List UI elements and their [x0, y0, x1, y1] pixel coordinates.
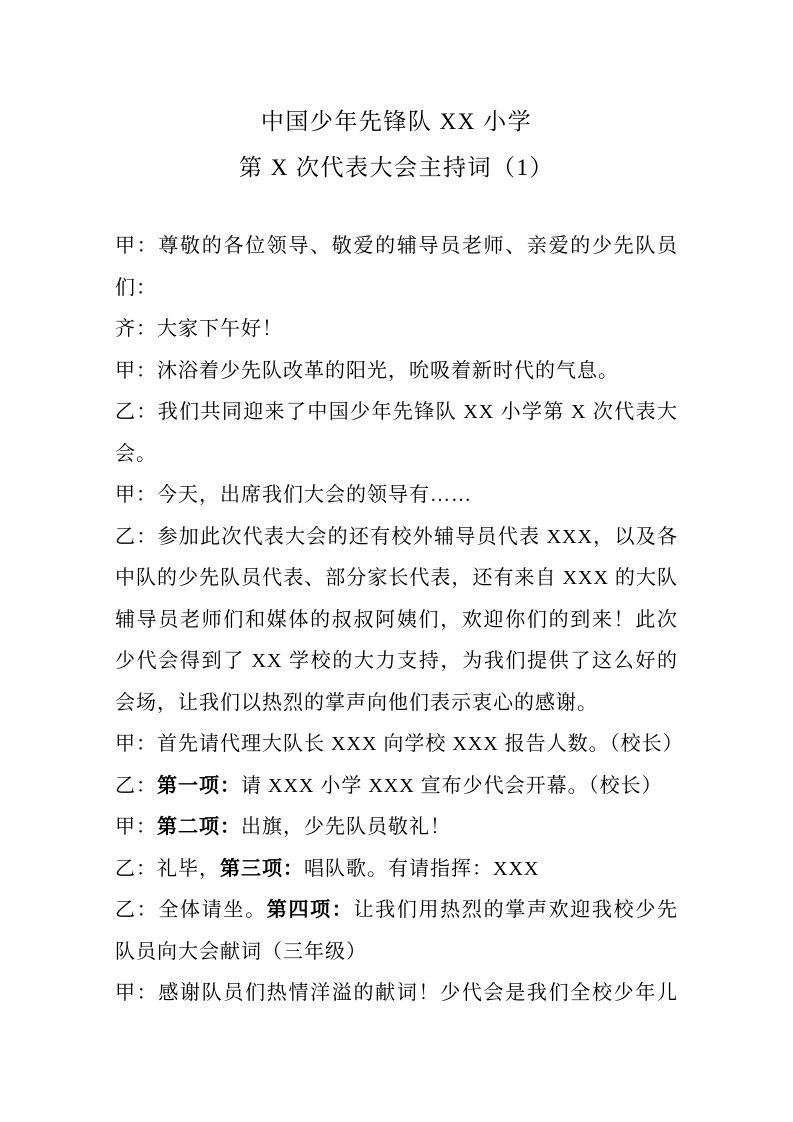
text-segment: 让我们用热烈的掌声欢迎我校少先 [354, 899, 679, 921]
text-segment: 甲：首先请代理大队长 XXX 向学校 XXX 报告人数。（校长） [115, 733, 684, 755]
document-body: 甲：尊敬的各位领导、敬爱的辅导员老师、亲爱的少先队员 们： 齐：大家下午好！ 甲… [115, 226, 678, 1015]
text-segment: 唱队歌。有请指挥：XXX [304, 858, 539, 880]
title-line-2: 第 X 次代表大会主持词（1） [115, 145, 678, 191]
text-segment: 乙：礼毕， [115, 858, 220, 880]
text-segment: 乙：参加此次代表大会的还有校外辅导员代表 XXX，以及各 [115, 526, 678, 548]
text-line: 甲：首先请代理大队长 XXX 向学校 XXX 报告人数。（校长） [115, 724, 678, 766]
document-page: 中国少年先锋队 XX 小学 第 X 次代表大会主持词（1） 甲：尊敬的各位领导、… [0, 0, 793, 1122]
text-segment: 们： [115, 277, 157, 299]
text-segment: 齐：大家下午好！ [115, 318, 283, 340]
text-segment: 乙：我们共同迎来了中国少年先锋队 XX 小学第 X 次代表大 [115, 401, 678, 423]
text-segment: 队员向大会献词（三年级） [115, 941, 367, 963]
text-segment: 辅导员老师们和媒体的叔叔阿姨们，欢迎你们的到来！此次 [115, 609, 678, 631]
text-segment: 中队的少先队员代表、部分家长代表，还有来自 XXX 的大队 [115, 567, 678, 589]
text-line: 会场，让我们以热烈的掌声向他们表示衷心的感谢。 [115, 683, 678, 725]
text-segment: 甲：尊敬的各位领导、敬爱的辅导员老师、亲爱的少先队员 [115, 235, 678, 257]
text-line: 队员向大会献词（三年级） [115, 932, 678, 974]
text-line: 甲：感谢队员们热情洋溢的献词！少代会是我们全校少年儿 [115, 973, 678, 1015]
text-segment: 会。 [115, 443, 157, 465]
text-line: 们： [115, 268, 678, 310]
text-line: 甲：第二项：出旗，少先队员敬礼！ [115, 807, 678, 849]
text-segment: 甲：沐浴着少先队改革的阳光，吮吸着新时代的气息。 [115, 360, 619, 382]
text-segment: 甲：今天，出席我们大会的领导有…… [115, 484, 472, 506]
text-line: 乙：第一项：请 XXX 小学 XXX 宣布少代会开幕。（校长） [115, 766, 678, 808]
text-line: 甲：沐浴着少先队改革的阳光，吮吸着新时代的气息。 [115, 351, 678, 393]
text-line: 中队的少先队员代表、部分家长代表，还有来自 XXX 的大队 [115, 558, 678, 600]
text-line: 甲：尊敬的各位领导、敬爱的辅导员老师、亲爱的少先队员 [115, 226, 678, 268]
bold-text-segment: 第二项： [157, 816, 241, 838]
bold-text-segment: 第一项： [157, 775, 241, 797]
text-line: 甲：今天，出席我们大会的领导有…… [115, 475, 678, 517]
document-content: 中国少年先锋队 XX 小学 第 X 次代表大会主持词（1） 甲：尊敬的各位领导、… [115, 0, 678, 1015]
text-line: 乙：我们共同迎来了中国少年先锋队 XX 小学第 X 次代表大 [115, 392, 678, 434]
text-line: 乙：参加此次代表大会的还有校外辅导员代表 XXX，以及各 [115, 517, 678, 559]
bold-text-segment: 第四项： [267, 899, 354, 921]
text-line: 乙：全体请坐。第四项：让我们用热烈的掌声欢迎我校少先 [115, 890, 678, 932]
text-line: 乙：礼毕，第三项：唱队歌。有请指挥：XXX [115, 849, 678, 891]
text-segment: 请 XXX 小学 XXX 宣布少代会开幕。（校长） [241, 775, 663, 797]
text-line: 会。 [115, 434, 678, 476]
text-segment: 出旗，少先队员敬礼！ [241, 816, 451, 838]
bold-text-segment: 第三项： [220, 858, 304, 880]
title-line-1: 中国少年先锋队 XX 小学 [115, 99, 678, 145]
text-line: 辅导员老师们和媒体的叔叔阿姨们，欢迎你们的到来！此次 [115, 600, 678, 642]
text-segment: 乙：全体请坐。 [115, 899, 267, 921]
text-segment: 甲： [115, 816, 157, 838]
document-title: 中国少年先锋队 XX 小学 第 X 次代表大会主持词（1） [115, 0, 678, 191]
text-segment: 甲：感谢队员们热情洋溢的献词！少代会是我们全校少年儿 [115, 982, 678, 1004]
text-segment: 少代会得到了 XX 学校的大力支持，为我们提供了这么好的 [115, 650, 678, 672]
text-segment: 会场，让我们以热烈的掌声向他们表示衷心的感谢。 [115, 692, 598, 714]
text-line: 齐：大家下午好！ [115, 309, 678, 351]
text-segment: 乙： [115, 775, 157, 797]
text-line: 少代会得到了 XX 学校的大力支持，为我们提供了这么好的 [115, 641, 678, 683]
